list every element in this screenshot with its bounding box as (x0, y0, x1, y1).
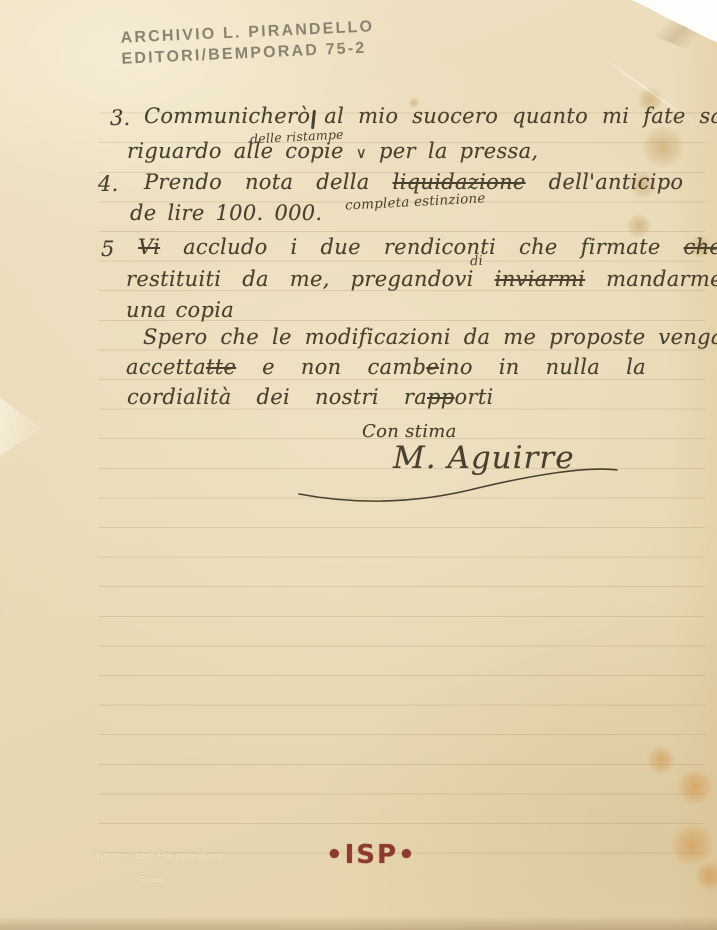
item3-number: 3. (110, 106, 131, 130)
item5-line1-mid: accludo i due rendiconti che firmate (183, 235, 660, 259)
foxing-stain (676, 770, 714, 804)
item5-line1: Vi accludo i due rendiconti che firmate … (138, 235, 717, 259)
isp-stamp: •ISP• (326, 840, 417, 870)
insertion-caret: ∨ (356, 144, 367, 162)
watermark-line1: Istituto Studi Pirandelliani (88, 850, 223, 861)
item4-line1-after: dell'anticipo (549, 170, 684, 194)
foxing-stain (696, 860, 717, 892)
paragraph-line2: accettatte e non cambeino in nulla la (126, 355, 646, 379)
paragraph-line2-a: accetta (126, 355, 206, 379)
item3-line1: Communicherò al mio suocero quanto mi fa… (144, 104, 717, 128)
item4-number: 4. (98, 172, 119, 196)
paragraph-line3-a: cordialità dei nostri ra (127, 385, 427, 409)
closing-salutation: Con stima (362, 421, 457, 442)
foxing-stain (640, 126, 686, 168)
item5-line2-before: restituiti da me, pregandovi (126, 267, 474, 291)
item5-struck-che: che (684, 235, 717, 259)
scanned-letter-page: ARCHIVIO L. PIRANDELLO EDITORI/BEMPORAD … (0, 0, 717, 930)
paragraph-struck-pp: pp (427, 385, 455, 409)
paper-bottom-edge-shadow (0, 916, 717, 930)
item4-struck-word: liquidazione (393, 170, 526, 194)
item5-line2: restituiti da me, pregandovi inviarmi ma… (126, 267, 717, 291)
item3-line2-before: riguardo alle copie (127, 139, 344, 163)
item5-struck-vi: Vi (138, 235, 160, 259)
item5-line2-after: mandarmene (606, 267, 717, 291)
item3-line2-after: per la pressa, (379, 139, 538, 163)
paragraph-line3-b: orti (455, 385, 494, 409)
foxing-stain (646, 746, 676, 774)
item5-number: 5 (101, 237, 115, 261)
item4-line2: de lire 100. 000. (130, 201, 322, 225)
watermark-line2: Roma (140, 874, 223, 884)
item4-line1-before: Prendo nota della (144, 170, 370, 194)
paragraph-line1: Spero che le modificazioni da me propost… (143, 325, 717, 349)
paragraph-line3: cordialità dei nostri rapporti (127, 385, 494, 409)
item4-line1: Prendo nota della liquidazione dell'anti… (144, 170, 683, 194)
embossed-watermark: Istituto Studi Pirandelliani Roma (88, 850, 223, 884)
paragraph-line2-c: ino in nulla la (439, 355, 646, 379)
paragraph-struck-tte: tte (206, 355, 236, 379)
item3-line2: riguardo alle copie ∨ per la pressa, (127, 139, 538, 163)
item5-line3: una copia (126, 298, 234, 322)
item5-struck-inviarmi: inviarmi (495, 267, 585, 291)
paragraph-line2-b: e non camb (262, 355, 426, 379)
signature-flourish (293, 458, 623, 508)
paragraph-struck-e: e (426, 355, 439, 379)
